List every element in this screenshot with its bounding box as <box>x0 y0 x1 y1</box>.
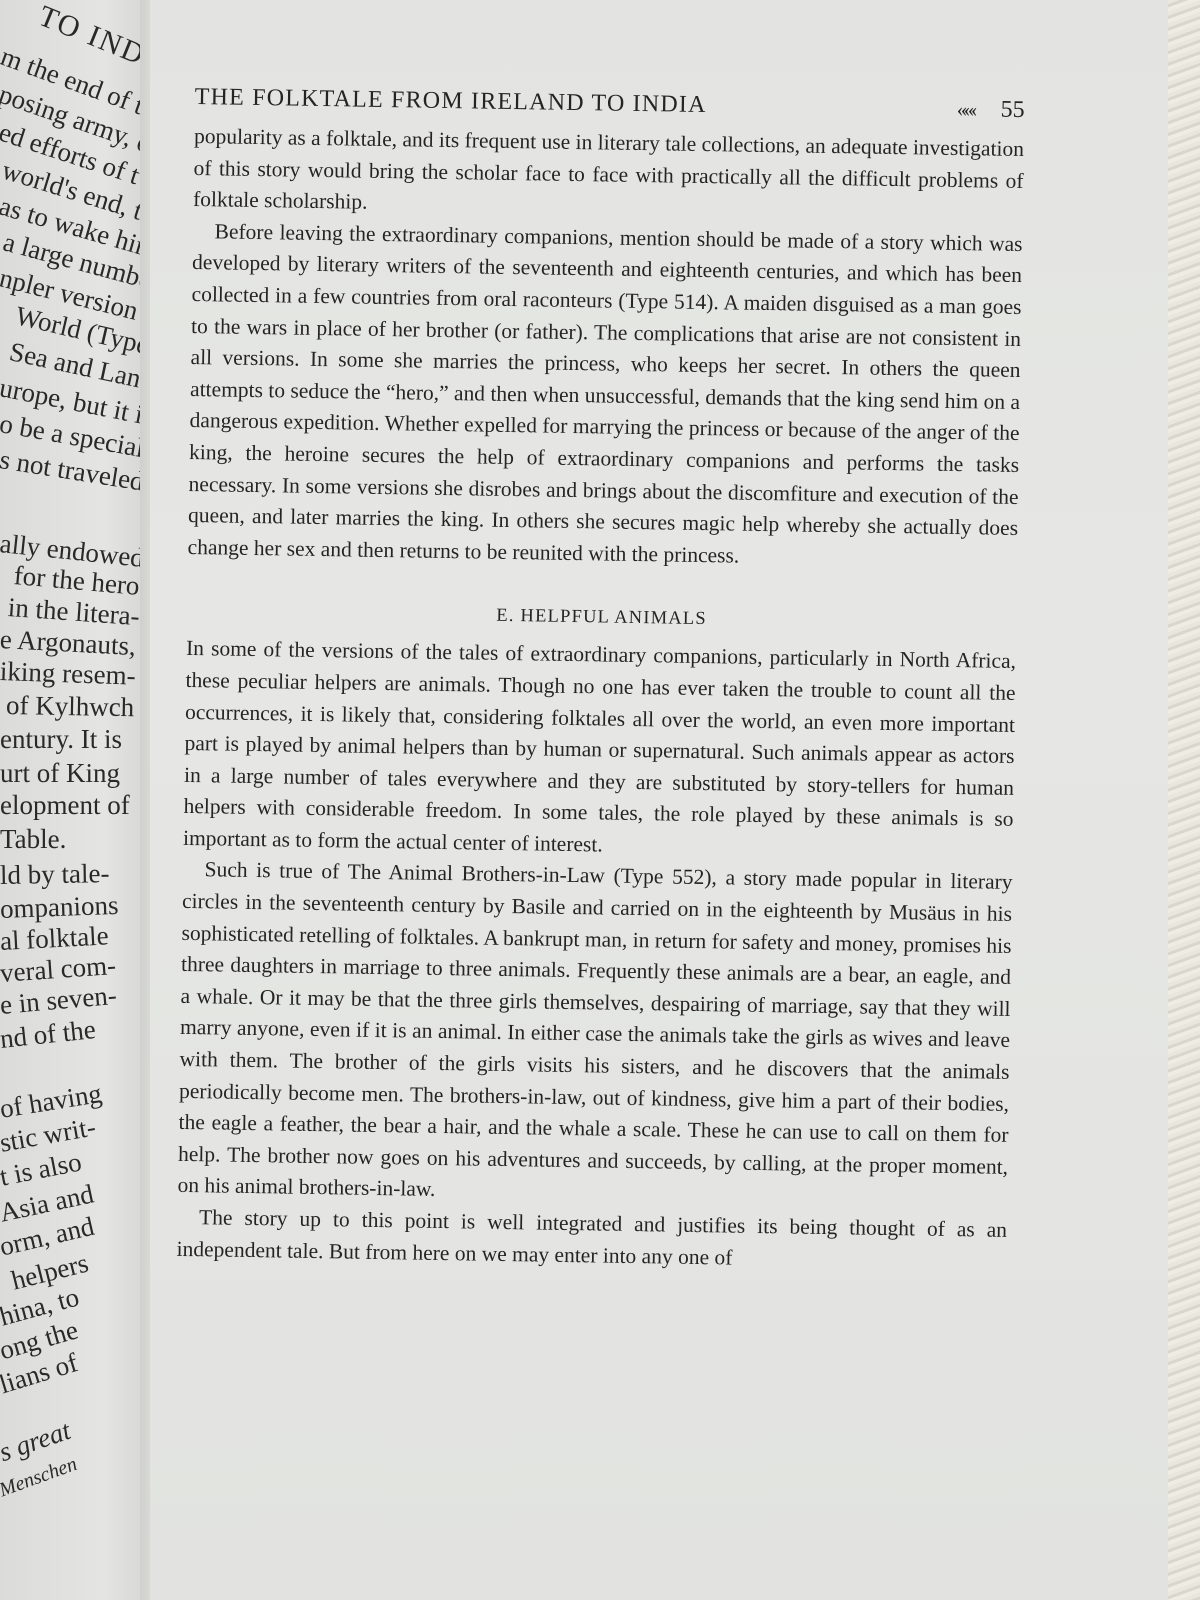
running-head-title: THE FOLKTALE FROM IRELAND TO INDIA <box>195 84 950 123</box>
page-body: THE FOLKTALE FROM IRELAND TO INDIA ««‹ 5… <box>176 80 1025 1278</box>
section-heading: E. HELPFUL ANIMALS <box>186 601 1016 635</box>
paragraph: popularity as a folktale, and its freque… <box>193 121 1024 229</box>
left-page-line: ompanions <box>0 890 119 924</box>
paragraph: The story up to this point is well integ… <box>176 1202 1007 1278</box>
left-page-line: Table. <box>0 824 66 854</box>
left-page-line: nd of the <box>0 1014 97 1054</box>
left-page-line: urt of King <box>0 758 120 788</box>
paragraph: Such is true of The Animal Brothers-in-L… <box>177 854 1012 1215</box>
paragraph: Before leaving the extraordinary compani… <box>187 216 1022 577</box>
left-page-line: iking resem- <box>0 656 136 691</box>
left-page-line: elopment of <box>0 790 130 820</box>
left-page: TO INDIA m the end of the posing army, o… <box>0 0 148 1600</box>
left-page-line: entury. It is <box>0 724 122 754</box>
paragraph: In some of the versions of the tales of … <box>183 633 1016 867</box>
left-page-line: of Kylhwch <box>6 690 135 722</box>
ornament-icon: ««‹ <box>957 99 975 122</box>
left-page-line: ld by tale- <box>0 858 110 890</box>
left-page-line: e Argonauts, <box>0 624 137 661</box>
page-number: 55 <box>1000 97 1024 124</box>
background-carpet <box>1168 0 1200 1600</box>
